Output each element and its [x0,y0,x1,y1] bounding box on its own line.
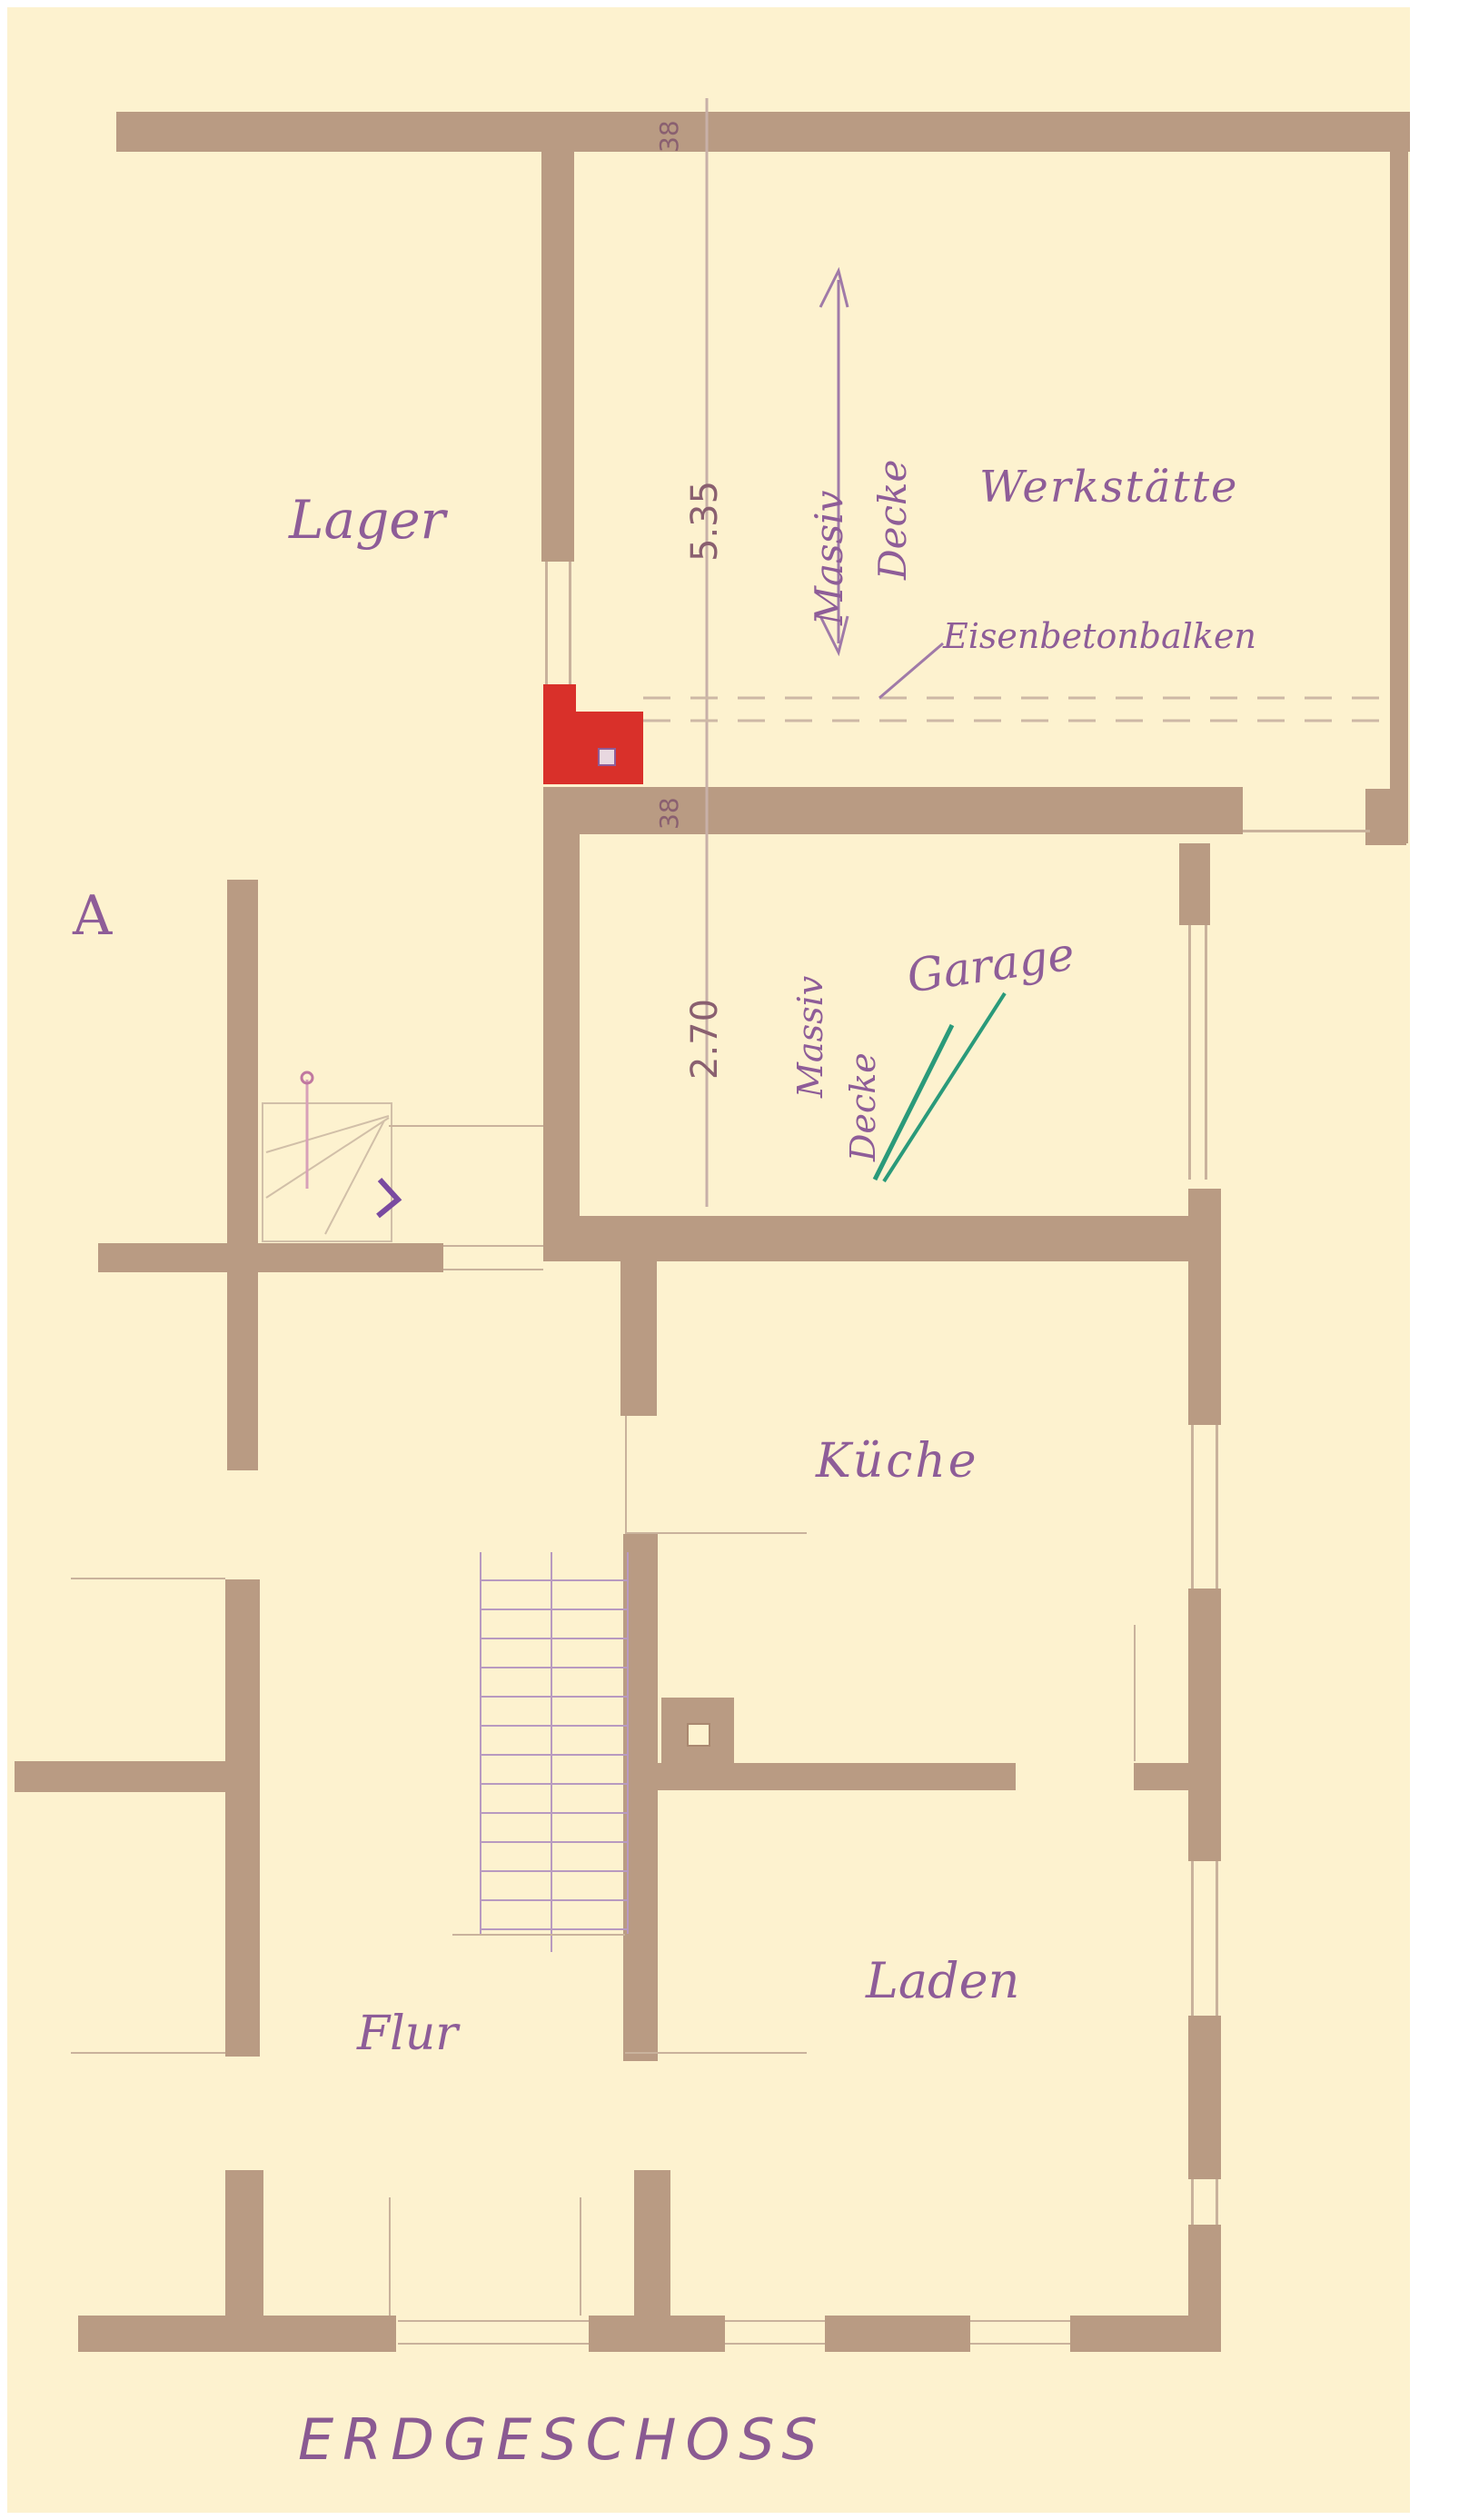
room-label-flur: Flur [357,2007,458,2061]
dimension-mid-wall: 38 [654,797,684,830]
section-marker-a: A [73,884,112,948]
room-label-lager: Lager [289,489,445,551]
leader-line [879,643,943,698]
dimension-top-wall: 38 [654,120,684,153]
annotation-massiv-garage: Massiv [790,976,830,1098]
annotation-beams: Eisenbetonbalken [943,616,1256,656]
dimension-werkstatte-depth: 5.35 [684,481,726,562]
drawing-title: ERDGESCHOSS [298,2406,827,2473]
stair-direction-arrow [378,1180,398,1216]
room-label-kuche: Küche [816,1434,979,1489]
room-label-laden: Laden [866,1952,1019,2009]
floor-plan-sheet: Lager Werkstätte Garage Küche Laden Flur… [7,7,1410,2513]
green-mark [884,993,1005,1181]
annotation-decke-werkstatte: Decke [870,460,915,580]
green-mark [875,1025,952,1180]
annotation-massiv-werkstatte: Massiv [807,491,851,625]
room-label-werkstatte: Werkstätte [979,462,1238,513]
dimension-garage-depth: 2.70 [684,999,726,1080]
pencil-overlay [7,7,1410,2513]
arrow-head-up [820,271,848,307]
annotation-decke-garage: Decke [843,1052,883,1161]
